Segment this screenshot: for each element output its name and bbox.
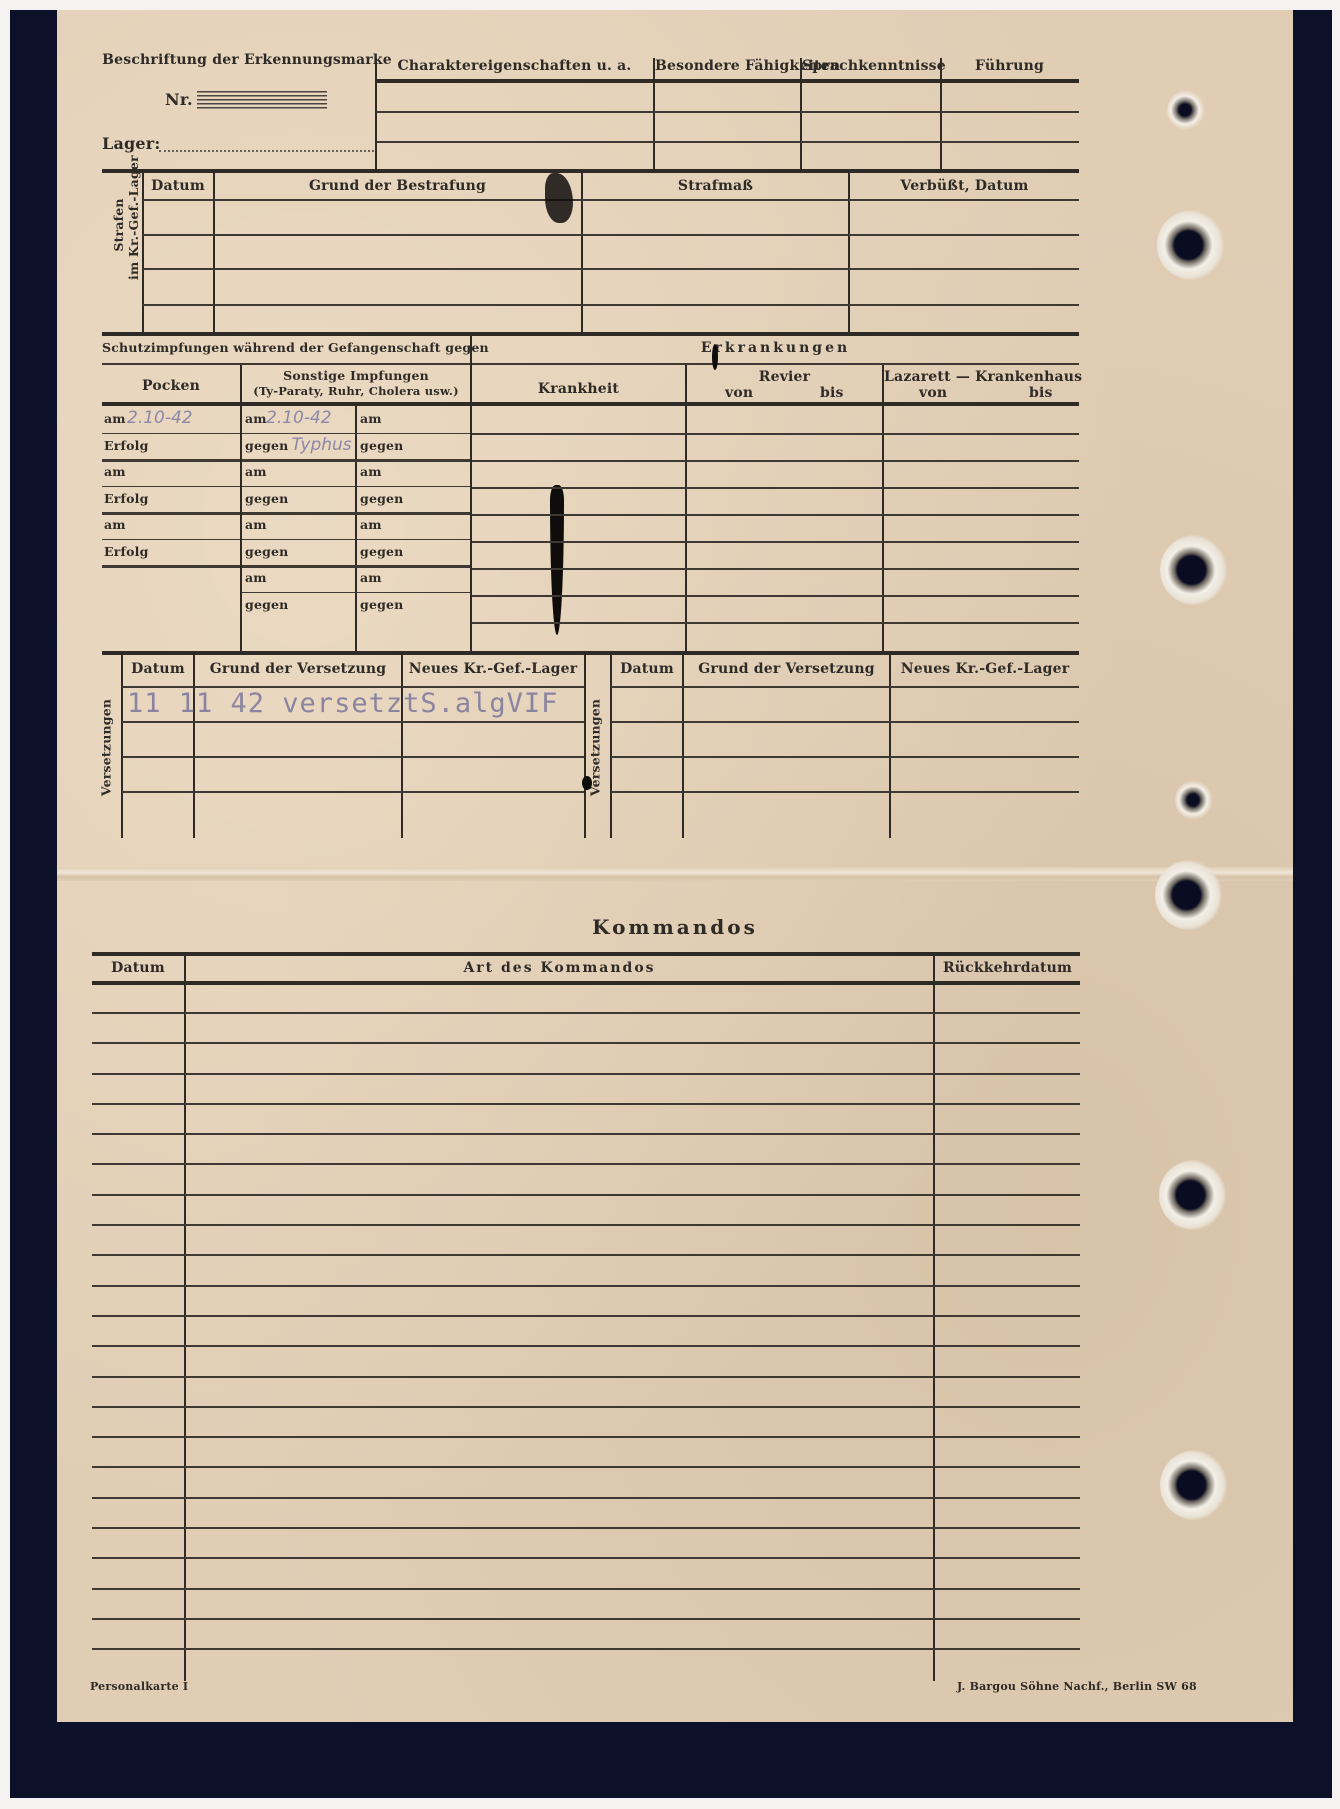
sonstige-field[interactable] [242,461,470,486]
krankheit-label: Krankheit [472,381,685,397]
row-line [472,595,1079,597]
sonstige-field[interactable] [242,514,470,539]
pocken-field[interactable] [102,541,240,566]
kommandos-col-rueckkehr: Rückkehrdatum [935,960,1080,976]
lazarett-label: Lazarett — Krankenhaus [884,369,1079,385]
sonstige-field[interactable] [242,435,470,460]
vers-right-col-datum: Datum [612,661,682,677]
nr-label: Nr. [165,90,193,109]
row-line [92,1224,1080,1226]
vers-right-col-lager: Neues Kr.-Gef.-Lager [891,661,1079,677]
sonstige-field[interactable] [242,541,470,566]
punch-hole [1167,90,1207,130]
row-line [92,1073,1080,1075]
sonstige-field[interactable] [242,594,470,619]
row-line [472,460,1079,462]
row-line [92,1466,1080,1468]
row-line [102,565,240,568]
strafen-line1: Strafen [111,198,126,251]
kommandos-title: Kommandos [57,915,1293,939]
pocken-field[interactable] [102,514,240,539]
strafen-rows[interactable] [143,201,1079,333]
row-line [92,1042,1080,1044]
sonstige-field[interactable] [242,408,470,433]
strafen-line2: im Kr.-Gef.-Lager [126,155,141,280]
lazarett-von-label: von [919,385,947,401]
row-line [92,1103,1080,1105]
row-line [92,1648,1080,1650]
vers-right-col-grund: Grund der Versetzung [684,661,889,677]
row-line [92,1436,1080,1438]
vers-left-col-datum: Datum [123,661,193,677]
kommandos-col-datum: Datum [92,960,184,976]
strafen-col-strafmass: Strafmaß [583,178,848,194]
row-line [472,541,1079,543]
col-charaktereigenschaften: Charaktereigenschaften u. a. [377,58,652,74]
col-sprachkenntnisse: Sprachkenntnisse [802,58,940,74]
erkennungsmarke-label: Beschriftung der Erkennungsmarke [97,52,397,68]
versetzungen-side-label-left: Versetzungen [99,698,114,798]
row-line [92,1345,1080,1347]
col-besondere-faehigkeiten: Besondere Fähigkeiten [655,58,801,74]
schutzimpfungen-title: Schutzimpfungen während der Gefangenscha… [102,340,470,355]
sonstige-label: Sonstige Impfungen [242,368,470,383]
pocken-field[interactable] [102,408,240,433]
row-line [92,1376,1080,1378]
printer-imprint: J. Bargou Söhne Nachf., Berlin SW 68 [957,1680,1080,1693]
punch-hole [1175,780,1215,820]
pocken-field[interactable] [102,488,240,513]
personalkarte-document: Beschriftung der Erkennungsmarke Nr. Lag… [57,10,1293,1722]
fold-crease [57,867,1293,881]
nr-field[interactable] [197,91,327,109]
revier-von-label: von [725,385,753,401]
row-line [92,1527,1080,1529]
row-line [92,1012,1080,1014]
row-line [92,1133,1080,1135]
row-line [472,514,1079,516]
row-line [92,1315,1080,1317]
pocken-label: Pocken [102,378,240,394]
sonstige-sub: (Ty-Paraty, Ruhr, Cholera usw.) [242,384,470,398]
row-line [472,622,1079,624]
pocken-field[interactable] [102,435,240,460]
revier-bis-label: bis [820,385,844,401]
form-id: Personalkarte I [90,1680,188,1693]
row-line [92,1618,1080,1620]
row-line [92,1588,1080,1590]
row-line [92,1285,1080,1287]
vers-left-col-lager: Neues Kr.-Gef.-Lager [403,661,583,677]
sonstige-field[interactable] [242,567,470,592]
sonstige-field[interactable] [242,488,470,513]
col-fuehrung: Führung [942,58,1077,74]
row-line [92,1254,1080,1256]
revier-label: Revier [687,369,882,385]
top-fields[interactable] [377,83,1079,169]
punch-hole [1159,1160,1229,1230]
punch-hole [1157,210,1227,280]
row-line [92,1194,1080,1196]
vers-left-col-grund: Grund der Versetzung [195,661,401,677]
row-line [472,487,1079,489]
pocken-field[interactable] [102,461,240,486]
punch-hole [1160,1450,1230,1520]
row-line [92,1497,1080,1499]
punch-hole [1155,860,1225,930]
row-line [472,433,1079,435]
strafen-col-datum: Datum [144,178,212,194]
ink-blot [712,344,718,370]
lager-field[interactable] [159,150,374,152]
row-line [92,1163,1080,1165]
strafen-col-grund: Grund der Bestrafung [215,178,580,194]
lazarett-bis-label: bis [1029,385,1053,401]
lager-label: Lager: [102,134,161,153]
strafen-col-verbuesst: Verbüßt, Datum [850,178,1079,194]
row-line [92,1406,1080,1408]
kommandos-col-art: Art des Kommandos [186,960,933,976]
punch-hole [1160,535,1230,605]
strafen-side-label: Strafen im Kr.-Gef.-Lager [111,170,141,280]
versetzungen-rows[interactable] [122,688,1079,838]
row-line [92,1557,1080,1559]
ink-blot [582,776,592,790]
erkrankungen-title: Erkrankungen [472,340,1079,356]
row-line [472,568,1079,570]
